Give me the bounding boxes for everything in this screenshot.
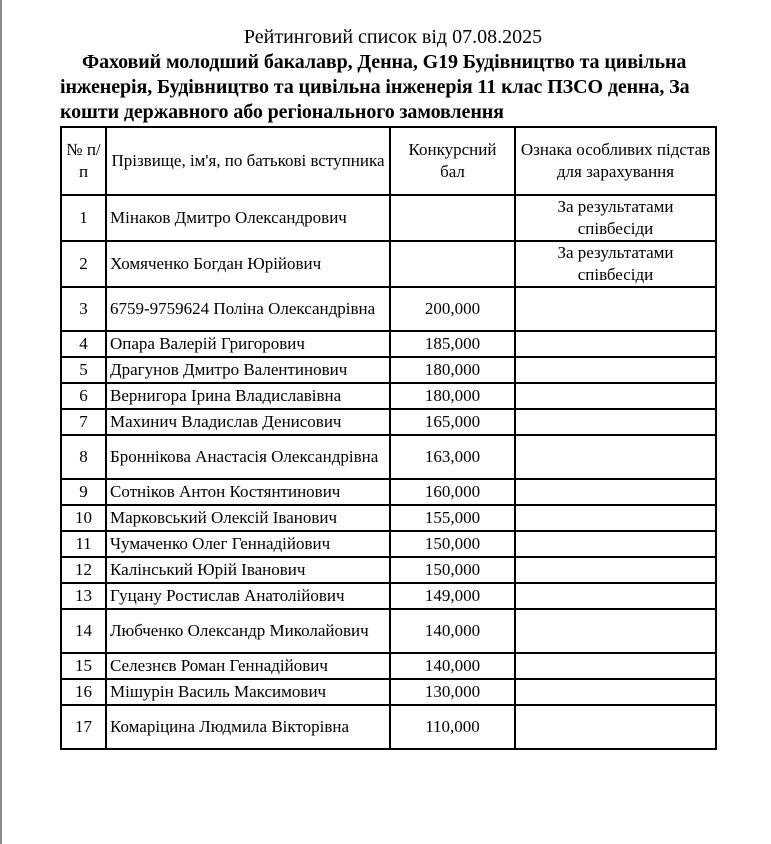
row-score: 163,000 bbox=[390, 435, 515, 479]
row-score: 160,000 bbox=[390, 479, 515, 505]
row-name: Чумаченко Олег Геннадійович bbox=[106, 531, 390, 557]
row-score: 165,000 bbox=[390, 409, 515, 435]
table-row: 8Броннікова Анастасія Олександрівна163,0… bbox=[61, 435, 716, 479]
row-reason bbox=[515, 383, 716, 409]
row-score bbox=[390, 195, 515, 241]
row-score: 130,000 bbox=[390, 679, 515, 705]
row-reason bbox=[515, 479, 716, 505]
document-subtitle: Фаховий молодший бакалавр, Денна, G19 Бу… bbox=[60, 50, 720, 125]
row-number: 15 bbox=[61, 653, 106, 679]
row-number: 12 bbox=[61, 557, 106, 583]
row-number: 7 bbox=[61, 409, 106, 435]
row-score bbox=[390, 241, 515, 287]
row-reason bbox=[515, 505, 716, 531]
row-number: 6 bbox=[61, 383, 106, 409]
header-number: № п/п bbox=[61, 127, 106, 195]
row-number: 3 bbox=[61, 287, 106, 331]
row-reason bbox=[515, 331, 716, 357]
table-row: 15Селезнєв Роман Геннадійович140,000 bbox=[61, 653, 716, 679]
row-name: Хомяченко Богдан Юрійович bbox=[106, 241, 390, 287]
table-row: 36759-9759624 Поліна Олександрівна200,00… bbox=[61, 287, 716, 331]
row-number: 16 bbox=[61, 679, 106, 705]
viewer-left-border bbox=[0, 0, 2, 844]
row-score: 200,000 bbox=[390, 287, 515, 331]
header-reason: Ознака особливих підстав для зарахування bbox=[515, 127, 716, 195]
row-name: 6759-9759624 Поліна Олександрівна bbox=[106, 287, 390, 331]
document-page: Рейтинговий список від 07.08.2025 Фахови… bbox=[60, 24, 716, 750]
row-reason: За результатами співбесіди bbox=[515, 195, 716, 241]
row-number: 13 bbox=[61, 583, 106, 609]
row-score: 180,000 bbox=[390, 357, 515, 383]
row-number: 5 bbox=[61, 357, 106, 383]
row-name: Калінський Юрій Іванович bbox=[106, 557, 390, 583]
row-number: 8 bbox=[61, 435, 106, 479]
row-number: 1 bbox=[61, 195, 106, 241]
row-name: Махинич Владислав Денисович bbox=[106, 409, 390, 435]
row-name: Сотніков Антон Костянтинович bbox=[106, 479, 390, 505]
row-score: 150,000 bbox=[390, 557, 515, 583]
table-row: 16Мішурін Василь Максимович130,000 bbox=[61, 679, 716, 705]
row-name: Гуцану Ростислав Анатолійович bbox=[106, 583, 390, 609]
row-reason bbox=[515, 287, 716, 331]
table-row: 2Хомяченко Богдан ЮрійовичЗа результатам… bbox=[61, 241, 716, 287]
row-reason bbox=[515, 557, 716, 583]
document-title: Рейтинговий список від 07.08.2025 bbox=[60, 24, 716, 50]
row-number: 2 bbox=[61, 241, 106, 287]
table-row: 6Вернигора Ірина Владиславівна180,000 bbox=[61, 383, 716, 409]
row-reason bbox=[515, 531, 716, 557]
ranking-table: № п/п Прізвище, ім'я, по батькові вступн… bbox=[60, 126, 717, 750]
header-score: Конкурсний бал bbox=[390, 127, 515, 195]
table-row: 7Махинич Владислав Денисович165,000 bbox=[61, 409, 716, 435]
row-score: 149,000 bbox=[390, 583, 515, 609]
row-reason bbox=[515, 583, 716, 609]
row-score: 110,000 bbox=[390, 705, 515, 749]
row-name: Мінаков Дмитро Олександрович bbox=[106, 195, 390, 241]
row-name: Комаріцина Людмила Вікторівна bbox=[106, 705, 390, 749]
row-name: Драгунов Дмитро Валентинович bbox=[106, 357, 390, 383]
row-name: Опара Валерій Григорович bbox=[106, 331, 390, 357]
table-header-row: № п/п Прізвище, ім'я, по батькові вступн… bbox=[61, 127, 716, 195]
header-name: Прізвище, ім'я, по батькові вступника bbox=[106, 127, 390, 195]
row-score: 180,000 bbox=[390, 383, 515, 409]
row-number: 17 bbox=[61, 705, 106, 749]
row-score: 150,000 bbox=[390, 531, 515, 557]
row-reason bbox=[515, 409, 716, 435]
row-name: Мішурін Василь Максимович bbox=[106, 679, 390, 705]
row-score: 185,000 bbox=[390, 331, 515, 357]
row-reason bbox=[515, 435, 716, 479]
row-name: Любченко Олександр Миколайович bbox=[106, 609, 390, 653]
row-number: 4 bbox=[61, 331, 106, 357]
table-row: 10Марковський Олексій Іванович155,000 bbox=[61, 505, 716, 531]
row-reason bbox=[515, 653, 716, 679]
row-name: Вернигора Ірина Владиславівна bbox=[106, 383, 390, 409]
row-reason bbox=[515, 357, 716, 383]
table-row: 4Опара Валерій Григорович185,000 bbox=[61, 331, 716, 357]
table-row: 9Сотніков Антон Костянтинович160,000 bbox=[61, 479, 716, 505]
table-row: 12Калінський Юрій Іванович150,000 bbox=[61, 557, 716, 583]
table-row: 5Драгунов Дмитро Валентинович180,000 bbox=[61, 357, 716, 383]
row-score: 140,000 bbox=[390, 609, 515, 653]
table-row: 11Чумаченко Олег Геннадійович150,000 bbox=[61, 531, 716, 557]
row-name: Броннікова Анастасія Олександрівна bbox=[106, 435, 390, 479]
row-reason bbox=[515, 705, 716, 749]
table-row: 14Любченко Олександр Миколайович140,000 bbox=[61, 609, 716, 653]
row-score: 155,000 bbox=[390, 505, 515, 531]
row-score: 140,000 bbox=[390, 653, 515, 679]
row-number: 14 bbox=[61, 609, 106, 653]
table-body: 1Мінаков Дмитро ОлександровичЗа результа… bbox=[61, 195, 716, 749]
row-name: Марковський Олексій Іванович bbox=[106, 505, 390, 531]
row-number: 9 bbox=[61, 479, 106, 505]
row-reason: За результатами співбесіди bbox=[515, 241, 716, 287]
row-number: 11 bbox=[61, 531, 106, 557]
table-row: 17Комаріцина Людмила Вікторівна110,000 bbox=[61, 705, 716, 749]
row-reason bbox=[515, 609, 716, 653]
row-name: Селезнєв Роман Геннадійович bbox=[106, 653, 390, 679]
table-row: 1Мінаков Дмитро ОлександровичЗа результа… bbox=[61, 195, 716, 241]
table-row: 13Гуцану Ростислав Анатолійович149,000 bbox=[61, 583, 716, 609]
row-reason bbox=[515, 679, 716, 705]
row-number: 10 bbox=[61, 505, 106, 531]
